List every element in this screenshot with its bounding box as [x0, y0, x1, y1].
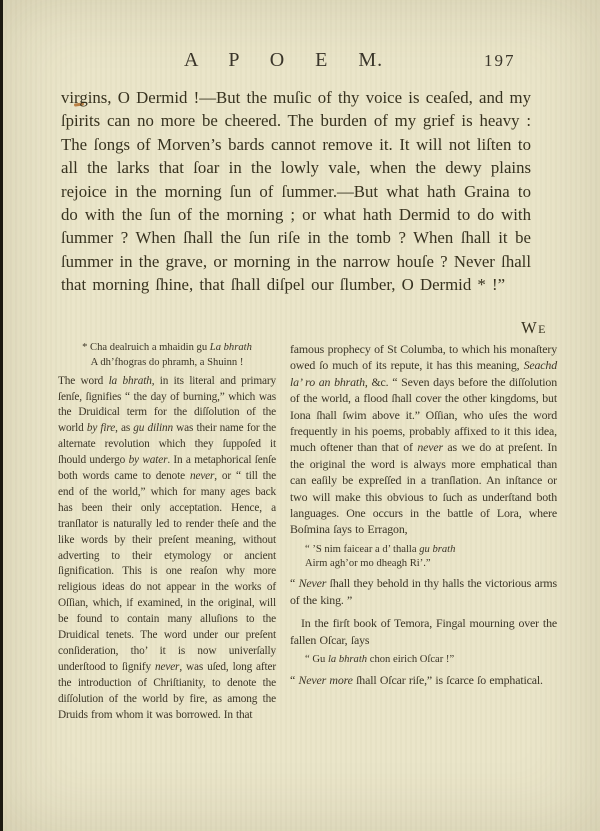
footnotes-section: * Cha dealruich a mhaidin gu La bhrathA … [58, 341, 557, 724]
footnote-right-paragraph-3: In the firſt book of Temora, Fingal mour… [290, 615, 557, 648]
footnote-right-column: famous prophecy of St Columba, to which … [290, 341, 557, 724]
footnote-right-paragraph-2: “ Never ſhall they behold in thy halls t… [290, 575, 557, 608]
page-number: 197 [484, 52, 516, 70]
footnote-gaelic-quote-2: “ Gu la bhrath chon eirich Oſcar !” [290, 653, 557, 667]
footnote-right-paragraph-1: famous prophecy of St Columba, to which … [290, 341, 557, 538]
running-head: A P O E M. 197 [0, 50, 600, 74]
verse-line: * Cha dealruich a mhaidin gu La bhrath [58, 341, 276, 356]
verse-line: Airm agh’or mo dheagh Ri’.” [305, 557, 557, 571]
footnote-left-column: * Cha dealruich a mhaidin gu La bhrathA … [58, 341, 276, 724]
verse-line: A dh’fhogras do phramh, a Shuinn ! [58, 356, 276, 371]
footnote-left-body: The word la bhrath, in its literal and p… [58, 374, 276, 724]
verse-line: “ ’S nim faicear a d’ thalla gu brath [305, 543, 557, 557]
footnote-gaelic-quote-1: “ ’S nim faicear a d’ thalla gu brathAir… [290, 543, 557, 571]
running-title: A P O E M. [184, 50, 383, 70]
footnote-gaelic-verse: * Cha dealruich a mhaidin gu La bhrathA … [58, 341, 276, 371]
verse-line: “ Gu la bhrath chon eirich Oſcar !” [305, 653, 557, 667]
book-page: A P O E M. 197 virgins, O Dermid !—But t… [0, 0, 600, 831]
catchword: We [521, 318, 547, 338]
page-spine-edge [0, 0, 3, 831]
footnote-right-paragraph-4: “ Never more ſhall Oſcar riſe,” is ſcarc… [290, 672, 557, 688]
poem-paragraph: virgins, O Dermid !—But the muſic of thy… [61, 86, 531, 297]
